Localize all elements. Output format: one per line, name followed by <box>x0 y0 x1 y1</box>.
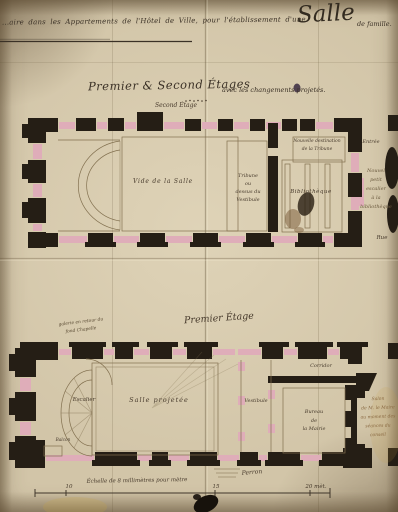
room-label-vestibule: Vestibule <box>244 399 267 404</box>
second-floor-label: Second Étage <box>155 103 197 109</box>
note-escalier-bibliotheque: à la <box>371 196 380 201</box>
main-title-suffix: de famille. <box>357 21 392 28</box>
room-label-balcon: Balcon <box>56 438 71 442</box>
label-entree: Entrée <box>362 140 379 145</box>
room-label-salle-projetee: Salle projetée <box>129 397 189 404</box>
label-rue: Rue <box>377 236 388 242</box>
first-floor-plan <box>9 342 398 477</box>
note-escalier-bibliotheque: escalier <box>366 187 386 192</box>
room-label-bureau: de <box>311 419 317 424</box>
note-salon-maire: séances du <box>365 424 390 429</box>
room-label-tribune: Vestibule <box>236 198 259 203</box>
first-floor-walls <box>9 342 398 468</box>
first-floor-new-work <box>20 349 339 461</box>
room-label-tribune: dessus du <box>235 190 260 195</box>
main-title-emphasis: Salle <box>296 2 355 28</box>
room-label-bibliotheque: Bibliothèque <box>290 190 331 196</box>
scale-bar <box>35 488 330 498</box>
note-escalier-bibliotheque: bibliothèque <box>360 205 392 210</box>
note-salon-maire: Salon <box>372 397 385 402</box>
second-floor-plan <box>22 84 398 249</box>
note-escalier-bibliotheque: petit <box>370 178 382 183</box>
room-label-bureau: la Mairie <box>303 427 326 432</box>
note-nouvelle-destination: Nouvelle destination <box>293 139 340 144</box>
room-label-escalier: Escalier <box>73 398 96 404</box>
note-nouvelle-destination: de la Tribune <box>302 147 332 152</box>
room-label-vide-salle: Vide de la Salle <box>133 179 193 185</box>
room-label-tribune: ou <box>245 182 251 187</box>
room-label-tribune: Tribune <box>238 174 258 179</box>
scale-tick-label: 15 <box>213 485 220 491</box>
room-label-bureau: Bureau <box>305 410 323 415</box>
paper: ...aire dans les Appartements de l'Hôtel… <box>0 0 398 512</box>
scale-tick-label: 10 <box>66 485 73 491</box>
subtitle-rest: avec les changements projetés. <box>222 87 325 94</box>
note-escalier-bibliotheque: Nouvel <box>367 169 385 174</box>
room-label-corridor: Corridor <box>310 364 332 369</box>
scale-tick-label: 20 mèt. <box>305 485 326 491</box>
note-salon-maire: conseil <box>370 433 386 438</box>
stains-second-floor <box>285 84 317 234</box>
